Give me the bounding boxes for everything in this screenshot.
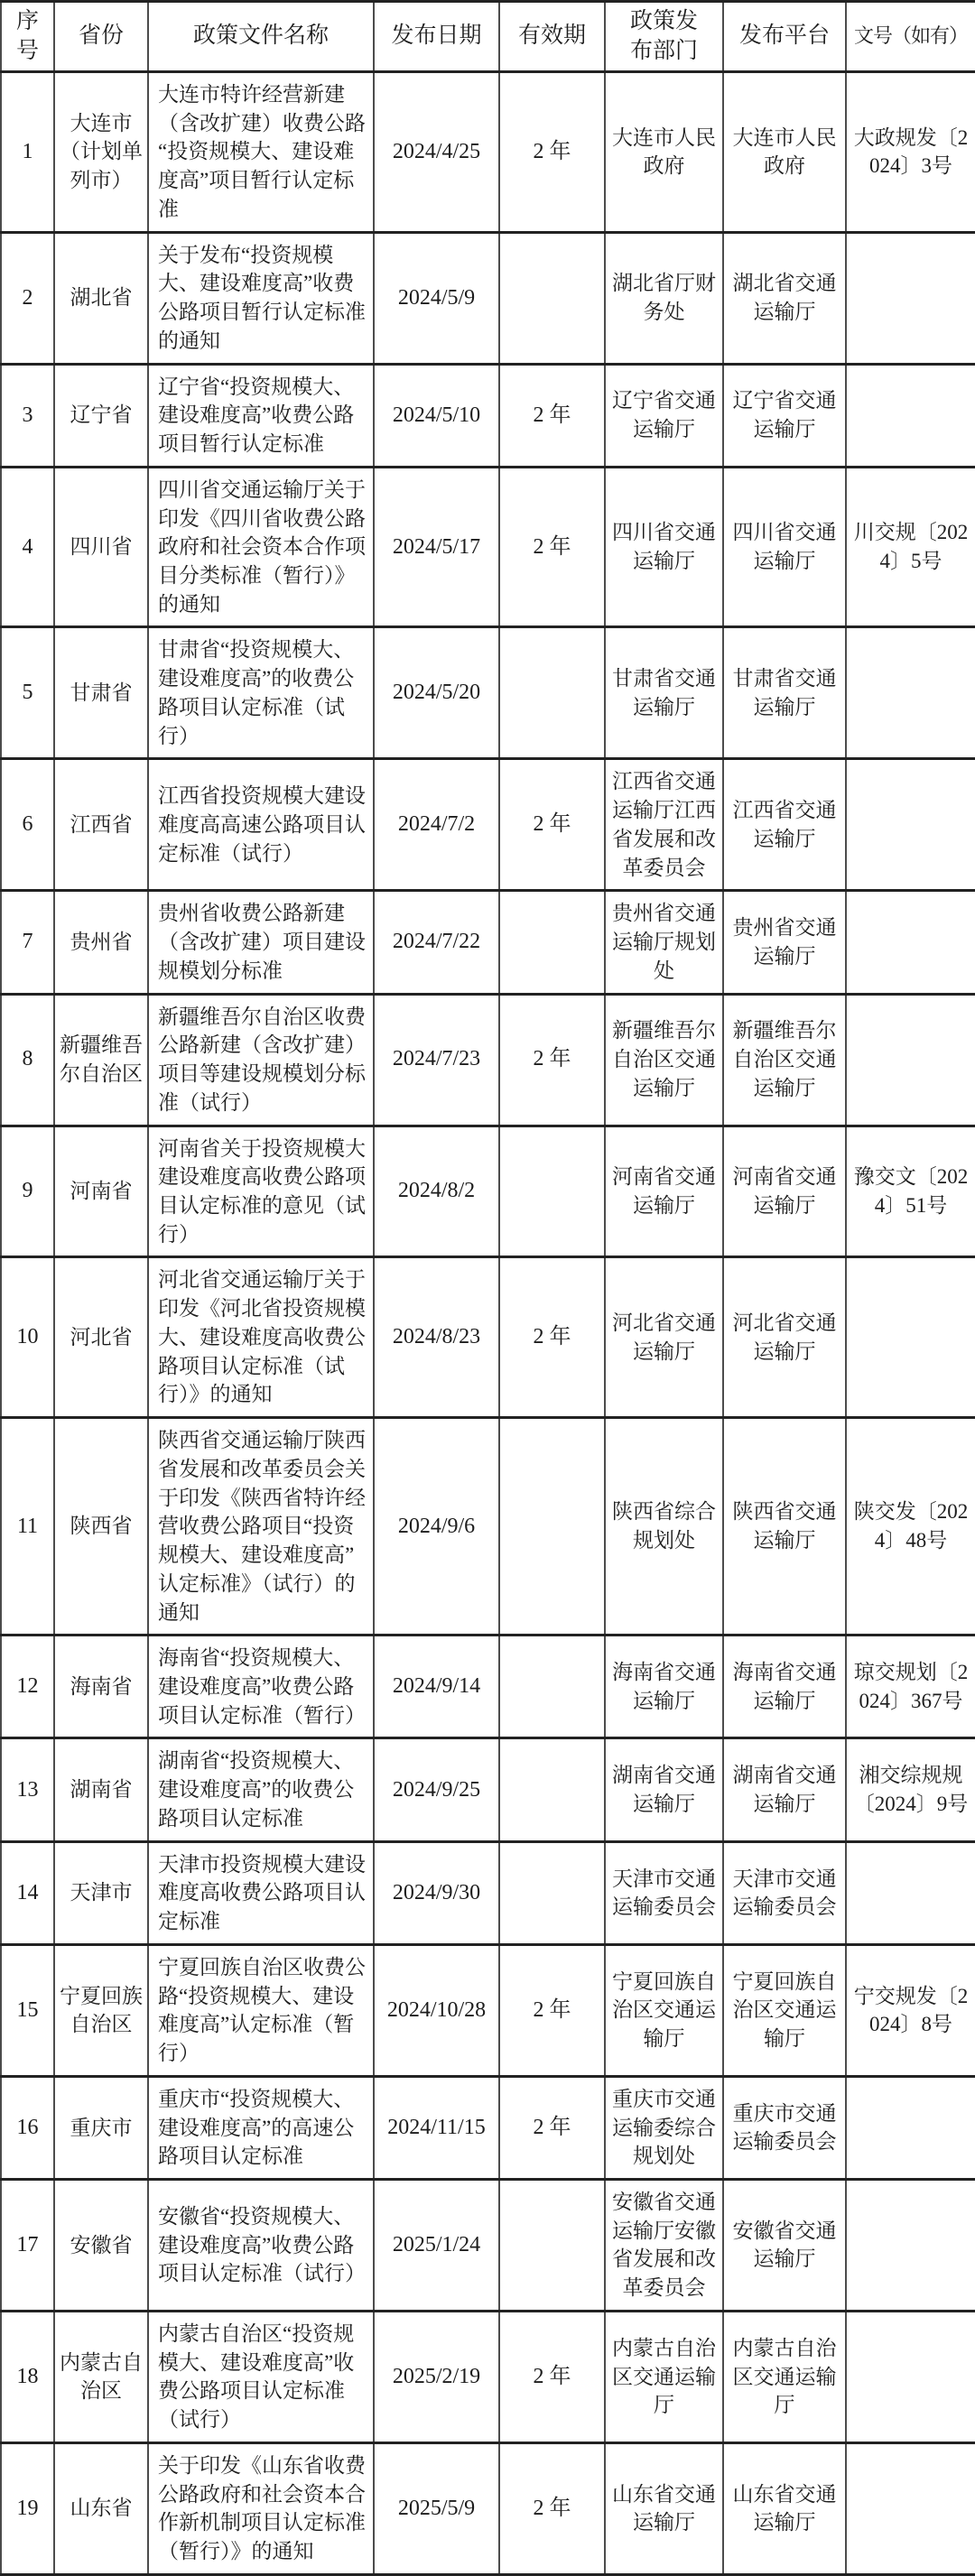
policy-table: 序号省份政策文件名称发布日期有效期政策发布部门发布平台文号（如有） 1大连市（计… xyxy=(0,0,975,2576)
cell-platform: 河南省交通运输厅 xyxy=(723,1126,846,1257)
cell-department: 山东省交通运输厅 xyxy=(605,2442,723,2574)
table-row: 9河南省河南省关于投资规模大建设难度高收费公路项目认定标准的意见（试行）2024… xyxy=(1,1126,975,1257)
cell-department: 海南省交通运输厅 xyxy=(605,1635,723,1738)
cell-validity xyxy=(499,1841,605,1944)
table-row: 14天津市天津市投资规模大建设难度高收费公路项目认定标准2024/9/30天津市… xyxy=(1,1841,975,1944)
cell-department: 江西省交通运输厅江西省发展和改革委员会 xyxy=(605,759,723,891)
cell-platform: 四川省交通运输厅 xyxy=(723,467,846,627)
cell-date: 2024/4/25 xyxy=(374,72,499,233)
cell-validity: 2 年 xyxy=(499,2076,605,2179)
table-row: 8新疆维吾尔自治区新疆维吾尔自治区收费公路新建（含改扩建）项目等建设规模划分标准… xyxy=(1,994,975,1126)
cell-department: 陕西省综合规划处 xyxy=(605,1418,723,1635)
cell-department: 贵州省交通运输厅规划处 xyxy=(605,891,723,994)
cell-name: 天津市投资规模大建设难度高收费公路项目认定标准 xyxy=(148,1841,374,1944)
column-header-name: 政策文件名称 xyxy=(148,2,374,72)
cell-date: 2024/9/25 xyxy=(374,1738,499,1841)
cell-name: 海南省“投资规模大、建设难度高”收费公路项目认定标准（暂行） xyxy=(148,1635,374,1738)
cell-index: 2 xyxy=(1,232,54,364)
table-row: 3辽宁省辽宁省“投资规模大、建设难度高”收费公路项目暂行认定标准2024/5/1… xyxy=(1,364,975,467)
cell-validity: 2 年 xyxy=(499,994,605,1126)
table-row: 5甘肃省甘肃省“投资规模大、建设难度高”的收费公路项目认定标准（试行）2024/… xyxy=(1,627,975,759)
cell-province: 新疆维吾尔自治区 xyxy=(54,994,148,1126)
cell-department: 湖北省厅财务处 xyxy=(605,232,723,364)
table-row: 15宁夏回族自治区宁夏回族自治区收费公路“投资规模大、建设难度高”认定标准（暂行… xyxy=(1,1944,975,2076)
cell-province: 湖北省 xyxy=(54,232,148,364)
cell-name: 新疆维吾尔自治区收费公路新建（含改扩建）项目等建设规模划分标准（试行） xyxy=(148,994,374,1126)
table-row: 7贵州省贵州省收费公路新建（含改扩建）项目建设规模划分标准2024/7/22贵州… xyxy=(1,891,975,994)
table-row: 18内蒙古自治区内蒙古自治区“投资规模大、建设难度高”收费公路项目认定标准（试行… xyxy=(1,2311,975,2442)
cell-date: 2025/5/9 xyxy=(374,2442,499,2574)
cell-province: 湖南省 xyxy=(54,1738,148,1841)
cell-date: 2024/7/22 xyxy=(374,891,499,994)
column-header-department: 政策发布部门 xyxy=(605,2,723,72)
cell-date: 2024/5/20 xyxy=(374,627,499,759)
cell-province: 四川省 xyxy=(54,467,148,627)
table-row: 12海南省海南省“投资规模大、建设难度高”收费公路项目认定标准（暂行）2024/… xyxy=(1,1635,975,1738)
cell-doc_no: 大政规发〔2024〕3号 xyxy=(846,72,975,233)
cell-department: 内蒙古自治区交通运输厅 xyxy=(605,2311,723,2442)
cell-department: 河北省交通运输厅 xyxy=(605,1257,723,1418)
column-header-index: 序号 xyxy=(1,2,54,72)
table-row: 17安徽省安徽省“投资规模大、建设难度高”收费公路项目认定标准（试行）2025/… xyxy=(1,2180,975,2312)
cell-province: 大连市（计划单列市） xyxy=(54,72,148,233)
cell-doc_no xyxy=(846,759,975,891)
cell-validity xyxy=(499,1126,605,1257)
cell-index: 10 xyxy=(1,1257,54,1418)
cell-platform: 新疆维吾尔自治区交通运输厅 xyxy=(723,994,846,1126)
column-header-province: 省份 xyxy=(54,2,148,72)
cell-doc_no xyxy=(846,994,975,1126)
cell-platform: 重庆市交通运输委员会 xyxy=(723,2076,846,2179)
cell-index: 8 xyxy=(1,994,54,1126)
cell-name: 重庆市“投资规模大、建设难度高”的高速公路项目认定标准 xyxy=(148,2076,374,2179)
cell-doc_no: 豫交文〔2024〕51号 xyxy=(846,1126,975,1257)
table-row: 4四川省四川省交通运输厅关于印发《四川省收费公路政府和社会资本合作项目分类标准（… xyxy=(1,467,975,627)
cell-date: 2024/8/2 xyxy=(374,1126,499,1257)
table-row: 11陕西省陕西省交通运输厅陕西省发展和改革委员会关于印发《陕西省特许经营收费公路… xyxy=(1,1418,975,1635)
cell-name: 大连市特许经营新建（含改扩建）收费公路“投资规模大、建设难度高”项目暂行认定标准 xyxy=(148,72,374,233)
cell-doc_no: 川交规〔2024〕5号 xyxy=(846,467,975,627)
cell-department: 四川省交通运输厅 xyxy=(605,467,723,627)
cell-index: 17 xyxy=(1,2180,54,2312)
cell-department: 宁夏回族自治区交通运输厅 xyxy=(605,1944,723,2076)
cell-doc_no xyxy=(846,2311,975,2442)
cell-validity: 2 年 xyxy=(499,2311,605,2442)
table-row: 1大连市（计划单列市）大连市特许经营新建（含改扩建）收费公路“投资规模大、建设难… xyxy=(1,72,975,233)
cell-doc_no xyxy=(846,232,975,364)
cell-name: 河北省交通运输厅关于印发《河北省投资规模大、建设难度高收费公路项目认定标准（试行… xyxy=(148,1257,374,1418)
cell-province: 甘肃省 xyxy=(54,627,148,759)
cell-validity xyxy=(499,1738,605,1841)
cell-name: 关于发布“投资规模大、建设难度高”收费公路项目暂行认定标准的通知 xyxy=(148,232,374,364)
cell-province: 安徽省 xyxy=(54,2180,148,2312)
table-body: 1大连市（计划单列市）大连市特许经营新建（含改扩建）收费公路“投资规模大、建设难… xyxy=(1,72,975,2575)
cell-province: 江西省 xyxy=(54,759,148,891)
cell-date: 2024/9/6 xyxy=(374,1418,499,1635)
cell-index: 14 xyxy=(1,1841,54,1944)
cell-index: 19 xyxy=(1,2442,54,2574)
policy-table-page: 序号省份政策文件名称发布日期有效期政策发布部门发布平台文号（如有） 1大连市（计… xyxy=(0,0,975,2576)
cell-index: 7 xyxy=(1,891,54,994)
cell-date: 2024/5/17 xyxy=(374,467,499,627)
cell-doc_no: 陕交发〔2024〕48号 xyxy=(846,1418,975,1635)
cell-doc_no: 琼交规划〔2024〕367号 xyxy=(846,1635,975,1738)
cell-validity xyxy=(499,232,605,364)
cell-date: 2024/11/15 xyxy=(374,2076,499,2179)
cell-index: 1 xyxy=(1,72,54,233)
cell-doc_no xyxy=(846,364,975,467)
cell-department: 天津市交通运输委员会 xyxy=(605,1841,723,1944)
column-header-doc_no: 文号（如有） xyxy=(846,2,975,72)
cell-date: 2025/2/19 xyxy=(374,2311,499,2442)
cell-platform: 陕西省交通运输厅 xyxy=(723,1418,846,1635)
column-header-validity: 有效期 xyxy=(499,2,605,72)
cell-date: 2024/5/10 xyxy=(374,364,499,467)
cell-platform: 内蒙古自治区交通运输厅 xyxy=(723,2311,846,2442)
cell-date: 2024/9/14 xyxy=(374,1635,499,1738)
cell-province: 陕西省 xyxy=(54,1418,148,1635)
cell-validity xyxy=(499,627,605,759)
cell-index: 4 xyxy=(1,467,54,627)
cell-validity xyxy=(499,1418,605,1635)
cell-province: 海南省 xyxy=(54,1635,148,1738)
cell-doc_no xyxy=(846,1257,975,1418)
cell-validity: 2 年 xyxy=(499,72,605,233)
cell-department: 辽宁省交通运输厅 xyxy=(605,364,723,467)
cell-province: 天津市 xyxy=(54,1841,148,1944)
cell-province: 宁夏回族自治区 xyxy=(54,1944,148,2076)
table-row: 16重庆市重庆市“投资规模大、建设难度高”的高速公路项目认定标准2024/11/… xyxy=(1,2076,975,2179)
cell-date: 2024/10/28 xyxy=(374,1944,499,2076)
cell-date: 2024/8/23 xyxy=(374,1257,499,1418)
cell-platform: 河北省交通运输厅 xyxy=(723,1257,846,1418)
cell-index: 15 xyxy=(1,1944,54,2076)
cell-validity: 2 年 xyxy=(499,467,605,627)
cell-platform: 宁夏回族自治区交通运输厅 xyxy=(723,1944,846,2076)
cell-date: 2025/1/24 xyxy=(374,2180,499,2312)
cell-department: 重庆市交通运输委综合规划处 xyxy=(605,2076,723,2179)
cell-index: 9 xyxy=(1,1126,54,1257)
cell-department: 甘肃省交通运输厅 xyxy=(605,627,723,759)
cell-name: 内蒙古自治区“投资规模大、建设难度高”收费公路项目认定标准（试行） xyxy=(148,2311,374,2442)
cell-doc_no: 宁交规发〔2024〕8号 xyxy=(846,1944,975,2076)
cell-platform: 湖北省交通运输厅 xyxy=(723,232,846,364)
cell-doc_no xyxy=(846,2076,975,2179)
cell-validity: 2 年 xyxy=(499,1944,605,2076)
cell-index: 3 xyxy=(1,364,54,467)
cell-name: 关于印发《山东省收费公路政府和社会资本合作新机制项目认定标准（暂行）》的通知 xyxy=(148,2442,374,2574)
cell-platform: 山东省交通运输厅 xyxy=(723,2442,846,2574)
cell-platform: 贵州省交通运输厅 xyxy=(723,891,846,994)
cell-province: 内蒙古自治区 xyxy=(54,2311,148,2442)
cell-doc_no xyxy=(846,2180,975,2312)
cell-name: 湖南省“投资规模大、建设难度高”的收费公路项目认定标准 xyxy=(148,1738,374,1841)
cell-index: 12 xyxy=(1,1635,54,1738)
cell-platform: 天津市交通运输委员会 xyxy=(723,1841,846,1944)
table-row: 19山东省关于印发《山东省收费公路政府和社会资本合作新机制项目认定标准（暂行）》… xyxy=(1,2442,975,2574)
cell-platform: 大连市人民政府 xyxy=(723,72,846,233)
cell-index: 6 xyxy=(1,759,54,891)
cell-date: 2024/7/23 xyxy=(374,994,499,1126)
cell-platform: 甘肃省交通运输厅 xyxy=(723,627,846,759)
column-header-date: 发布日期 xyxy=(374,2,499,72)
cell-province: 辽宁省 xyxy=(54,364,148,467)
cell-name: 贵州省收费公路新建（含改扩建）项目建设规模划分标准 xyxy=(148,891,374,994)
cell-validity: 2 年 xyxy=(499,364,605,467)
cell-doc_no xyxy=(846,627,975,759)
table-row: 2湖北省关于发布“投资规模大、建设难度高”收费公路项目暂行认定标准的通知2024… xyxy=(1,232,975,364)
cell-department: 河南省交通运输厅 xyxy=(605,1126,723,1257)
cell-department: 新疆维吾尔自治区交通运输厅 xyxy=(605,994,723,1126)
cell-index: 11 xyxy=(1,1418,54,1635)
cell-doc_no xyxy=(846,1841,975,1944)
cell-name: 江西省投资规模大建设难度高高速公路项目认定标准（试行） xyxy=(148,759,374,891)
cell-validity xyxy=(499,891,605,994)
cell-validity: 2 年 xyxy=(499,1257,605,1418)
cell-department: 大连市人民政府 xyxy=(605,72,723,233)
cell-validity: 2 年 xyxy=(499,759,605,891)
cell-doc_no: 湘交综规规〔2024〕9号 xyxy=(846,1738,975,1841)
cell-validity xyxy=(499,2180,605,2312)
table-row: 10河北省河北省交通运输厅关于印发《河北省投资规模大、建设难度高收费公路项目认定… xyxy=(1,1257,975,1418)
cell-name: 四川省交通运输厅关于印发《四川省收费公路政府和社会资本合作项目分类标准（暂行）》… xyxy=(148,467,374,627)
cell-province: 山东省 xyxy=(54,2442,148,2574)
cell-department: 湖南省交通运输厅 xyxy=(605,1738,723,1841)
cell-platform: 辽宁省交通运输厅 xyxy=(723,364,846,467)
cell-index: 5 xyxy=(1,627,54,759)
cell-province: 河南省 xyxy=(54,1126,148,1257)
cell-validity: 2 年 xyxy=(499,2442,605,2574)
cell-index: 16 xyxy=(1,2076,54,2179)
cell-name: 河南省关于投资规模大建设难度高收费公路项目认定标准的意见（试行） xyxy=(148,1126,374,1257)
table-row: 6江西省江西省投资规模大建设难度高高速公路项目认定标准（试行）2024/7/22… xyxy=(1,759,975,891)
cell-platform: 安徽省交通运输厅 xyxy=(723,2180,846,2312)
cell-date: 2024/7/2 xyxy=(374,759,499,891)
cell-name: 辽宁省“投资规模大、建设难度高”收费公路项目暂行认定标准 xyxy=(148,364,374,467)
cell-province: 贵州省 xyxy=(54,891,148,994)
cell-name: 甘肃省“投资规模大、建设难度高”的收费公路项目认定标准（试行） xyxy=(148,627,374,759)
cell-doc_no xyxy=(846,891,975,994)
cell-index: 13 xyxy=(1,1738,54,1841)
cell-doc_no xyxy=(846,2442,975,2574)
cell-name: 陕西省交通运输厅陕西省发展和改革委员会关于印发《陕西省特许经营收费公路项目“投资… xyxy=(148,1418,374,1635)
column-header-platform: 发布平台 xyxy=(723,2,846,72)
cell-index: 18 xyxy=(1,2311,54,2442)
cell-date: 2024/5/9 xyxy=(374,232,499,364)
cell-platform: 江西省交通运输厅 xyxy=(723,759,846,891)
header-row: 序号省份政策文件名称发布日期有效期政策发布部门发布平台文号（如有） xyxy=(1,2,975,72)
cell-name: 宁夏回族自治区收费公路“投资规模大、建设难度高”认定标准（暂行） xyxy=(148,1944,374,2076)
cell-department: 安徽省交通运输厅安徽省发展和改革委员会 xyxy=(605,2180,723,2312)
cell-validity xyxy=(499,1635,605,1738)
cell-date: 2024/9/30 xyxy=(374,1841,499,1944)
cell-province: 河北省 xyxy=(54,1257,148,1418)
table-row: 13湖南省湖南省“投资规模大、建设难度高”的收费公路项目认定标准2024/9/2… xyxy=(1,1738,975,1841)
cell-name: 安徽省“投资规模大、建设难度高”收费公路项目认定标准（试行） xyxy=(148,2180,374,2312)
cell-province: 重庆市 xyxy=(54,2076,148,2179)
cell-platform: 海南省交通运输厅 xyxy=(723,1635,846,1738)
cell-platform: 湖南省交通运输厅 xyxy=(723,1738,846,1841)
